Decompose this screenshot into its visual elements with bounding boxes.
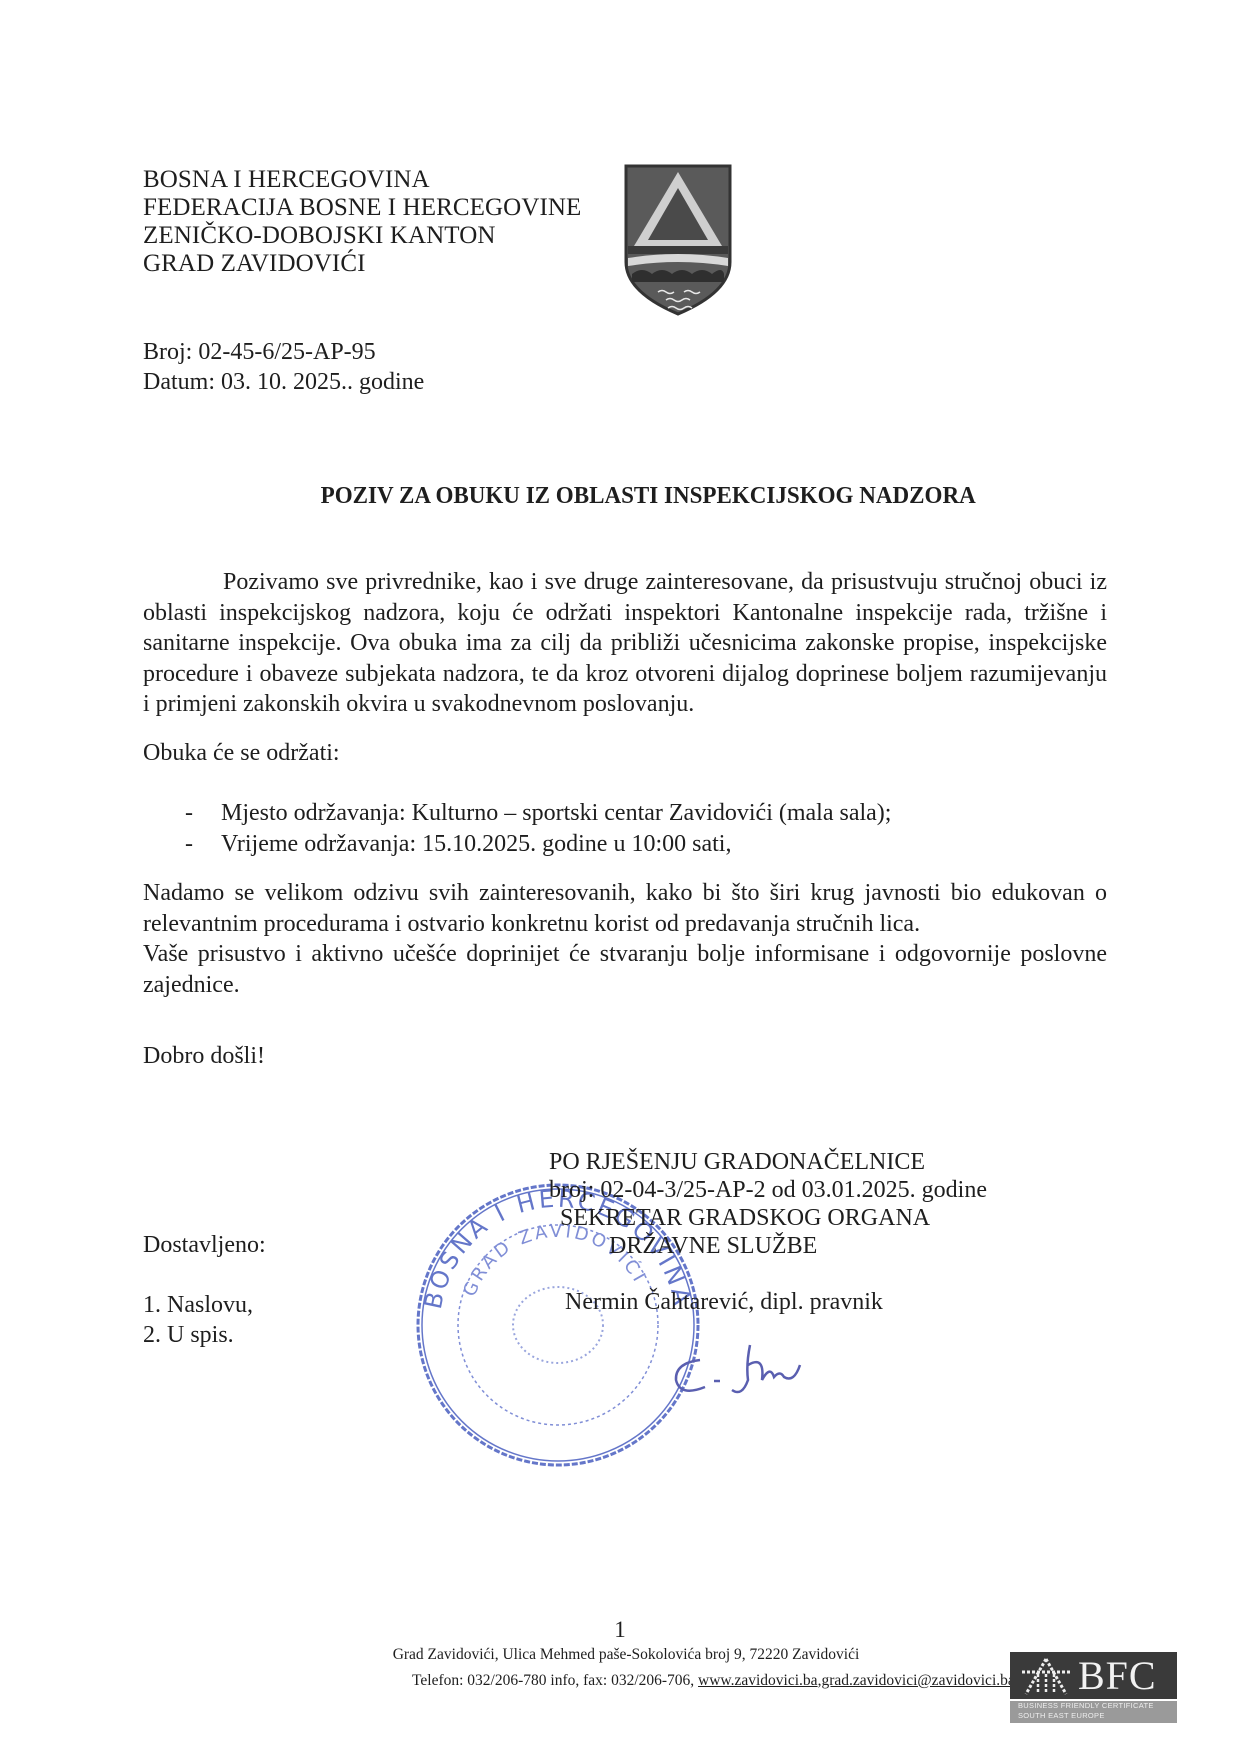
list-item-text: Mjesto održavanja: Kulturno – sportski c… [221,798,891,829]
handwritten-signature-icon [670,1335,830,1405]
signatory-name: Nermin Čahtarević, dipl. pravnik [565,1289,883,1316]
footer-address-text: Grad Zavidovići, Ulica Mehmed paše-Sokol… [393,1646,860,1663]
body-paragraph-1: Pozivamo sve privrednike, kao i sve drug… [143,567,1107,720]
signatory-title-line2: DRŽAVNE SLUŽBE [543,1232,1013,1260]
bfc-caption-line2: SOUTH EAST EUROPE [1018,1711,1177,1721]
document-reference: Broj: 02-45-6/25-AP-95 Datum: 03. 10. 20… [143,337,424,397]
bullet-dash: - [143,829,221,860]
distribution-list: 1. Naslovu, 2. U spis. [143,1290,253,1350]
bfc-caption-line1: BUSINESS FRIENDLY CERTIFICATE [1018,1701,1177,1711]
email-link[interactable]: grad.zavidovici@zavidovici.ba [821,1672,1014,1689]
website-link[interactable]: www.zavidovici.ba [698,1672,818,1689]
list-item-time: - Vrijeme održavanja: 15.10.2025. godine… [143,829,891,860]
signatory-title-line1: SEKRETAR GRADSKOG ORGANA [543,1204,1013,1232]
training-intro: Obuka će se održati: [143,738,1107,769]
signature-block: PO RJEŠENJU GRADONAČELNICE broj: 02-04-3… [543,1148,1013,1260]
list-item-location: - Mjesto održavanja: Kulturno – sportski… [143,798,891,829]
bfc-certificate-logo: BFC BUSINESS FRIENDLY CERTIFICATE SOUTH … [1010,1652,1177,1724]
training-details-list: - Mjesto održavanja: Kulturno – sportski… [143,798,891,859]
bfc-logo-top: BFC [1010,1652,1177,1699]
page-number: 1 [0,1617,1240,1643]
body-paragraph-2: Nadamo se velikom odzivu svih zaintereso… [143,878,1107,939]
bfc-mark-icon [1020,1656,1072,1696]
decision-reference: broj: 02-04-3/25-AP-2 od 03.01.2025. god… [543,1176,1013,1204]
footer-phone-fax: Telefon: 032/206-780 info, fax: 032/206-… [412,1672,698,1689]
distribution-label: Dostavljeno: [143,1230,266,1260]
recipient-item: 2. U spis. [143,1320,253,1350]
reference-date: Datum: 03. 10. 2025.. godine [143,367,424,397]
document-title-text: POZIV ZA OBUKU IZ OBLASTI INSPEKCIJSKOG … [320,483,975,510]
greeting: Dobro došli! [143,1043,265,1070]
bullet-dash: - [143,798,221,829]
list-item-text: Vrijeme održavanja: 15.10.2025. godine u… [221,829,731,860]
header-line-federation: FEDERACIJA BOSNE I HERCEGOVINE [143,194,581,222]
issuer-header: BOSNA I HERCEGOVINA FEDERACIJA BOSNE I H… [143,166,581,278]
coat-of-arms-icon [622,162,734,318]
authorization-line: PO RJEŠENJU GRADONAČELNICE [543,1148,1013,1176]
bfc-letters: BFC [1078,1656,1157,1696]
footer-contact: Telefon: 032/206-780 info, fax: 032/206-… [412,1672,1015,1690]
document-title: POZIV ZA OBUKU IZ OBLASTI INSPEKCIJSKOG … [0,483,1240,510]
header-line-city: GRAD ZAVIDOVIĆI [143,250,581,278]
header-line-country: BOSNA I HERCEGOVINA [143,166,581,194]
header-line-canton: ZENIČKO-DOBOJSKI KANTON [143,222,581,250]
recipient-item: 1. Naslovu, [143,1290,253,1320]
bfc-caption: BUSINESS FRIENDLY CERTIFICATE SOUTH EAST… [1010,1701,1177,1723]
body-paragraph-3: Vaše prisustvo i aktivno učešće doprinij… [143,939,1107,1000]
reference-number: Broj: 02-45-6/25-AP-95 [143,337,424,367]
